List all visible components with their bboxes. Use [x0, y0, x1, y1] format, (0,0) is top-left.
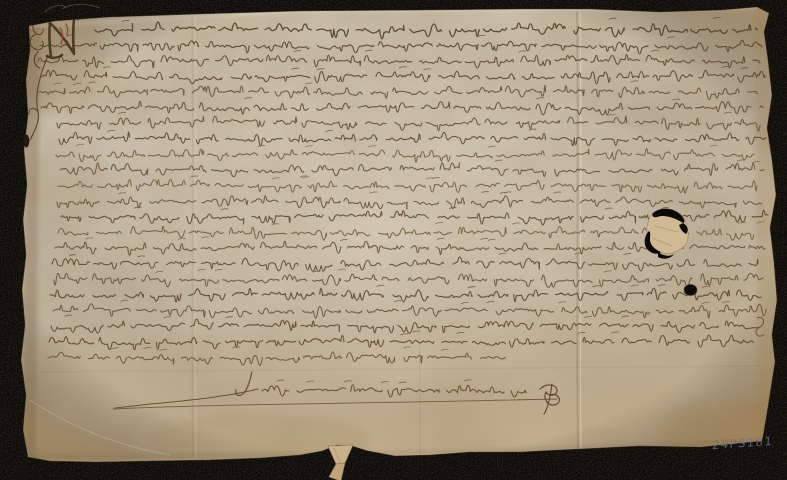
left-edge-notch [24, 135, 30, 148]
parchment-scan [0, 0, 787, 480]
worm-hole [684, 285, 697, 296]
scan-viewport: 24PS181 [0, 0, 787, 480]
